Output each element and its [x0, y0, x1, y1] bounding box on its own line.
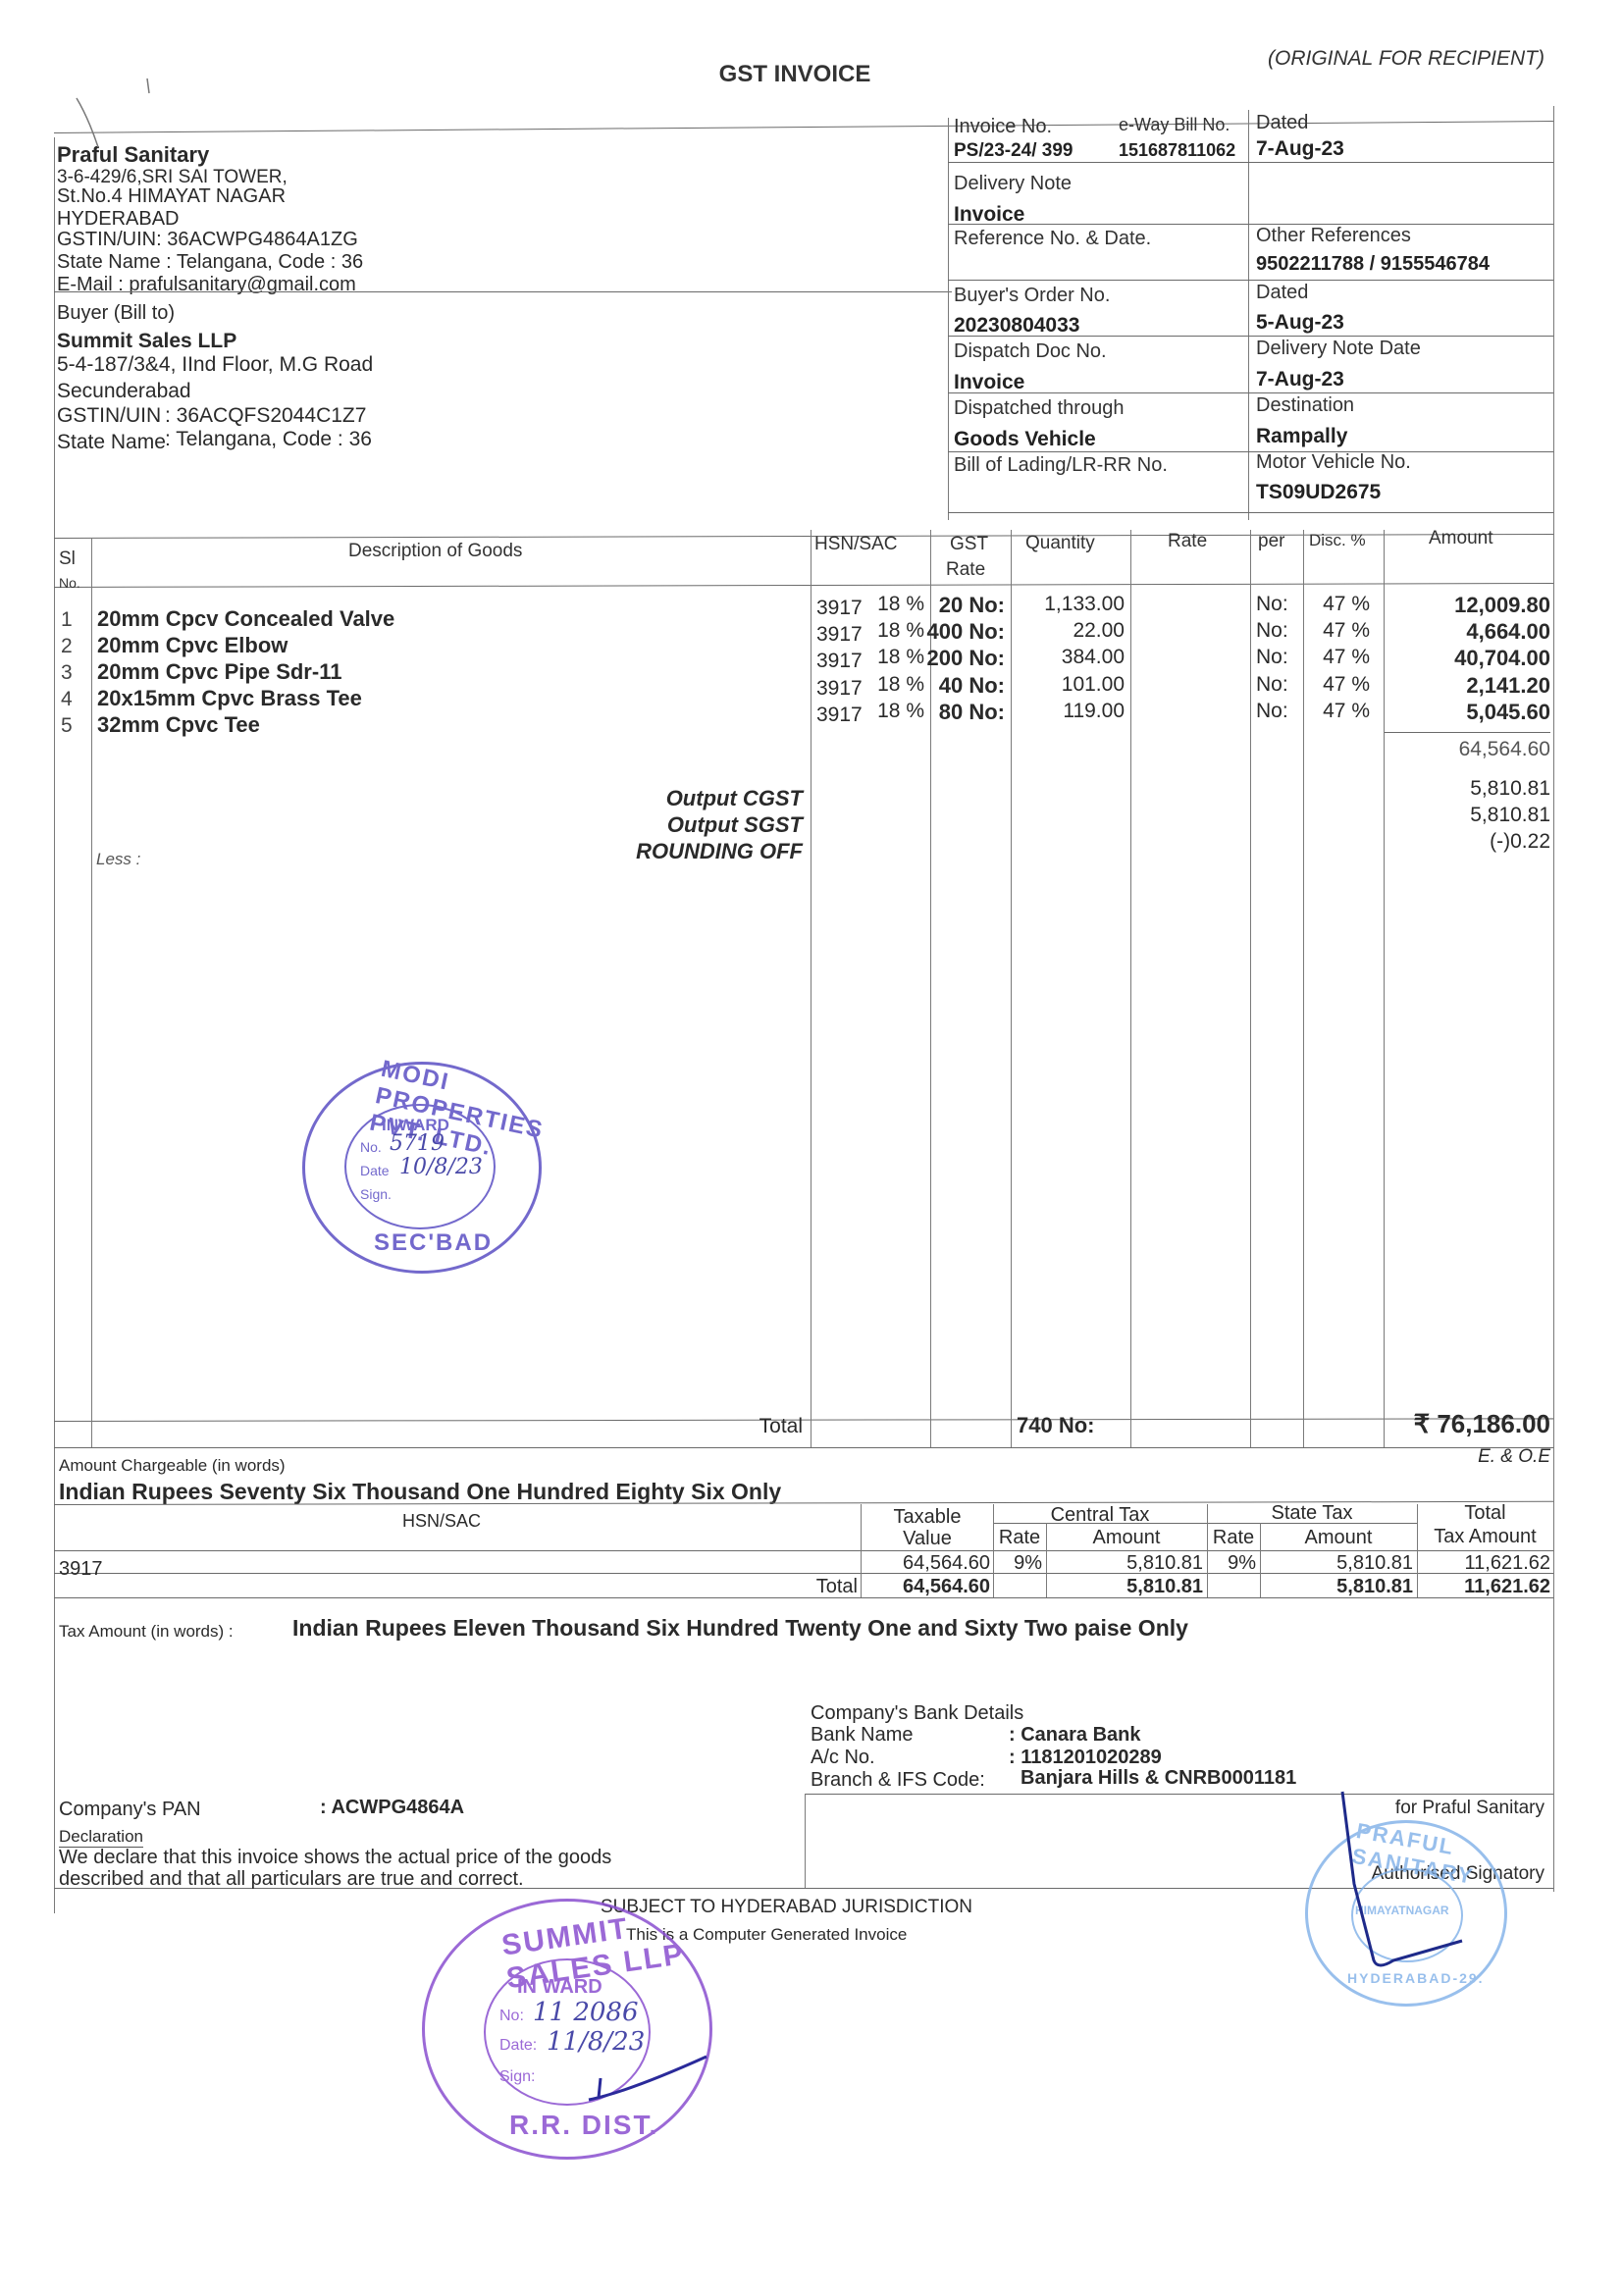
handwritten-signatures	[0, 0, 1623, 2296]
